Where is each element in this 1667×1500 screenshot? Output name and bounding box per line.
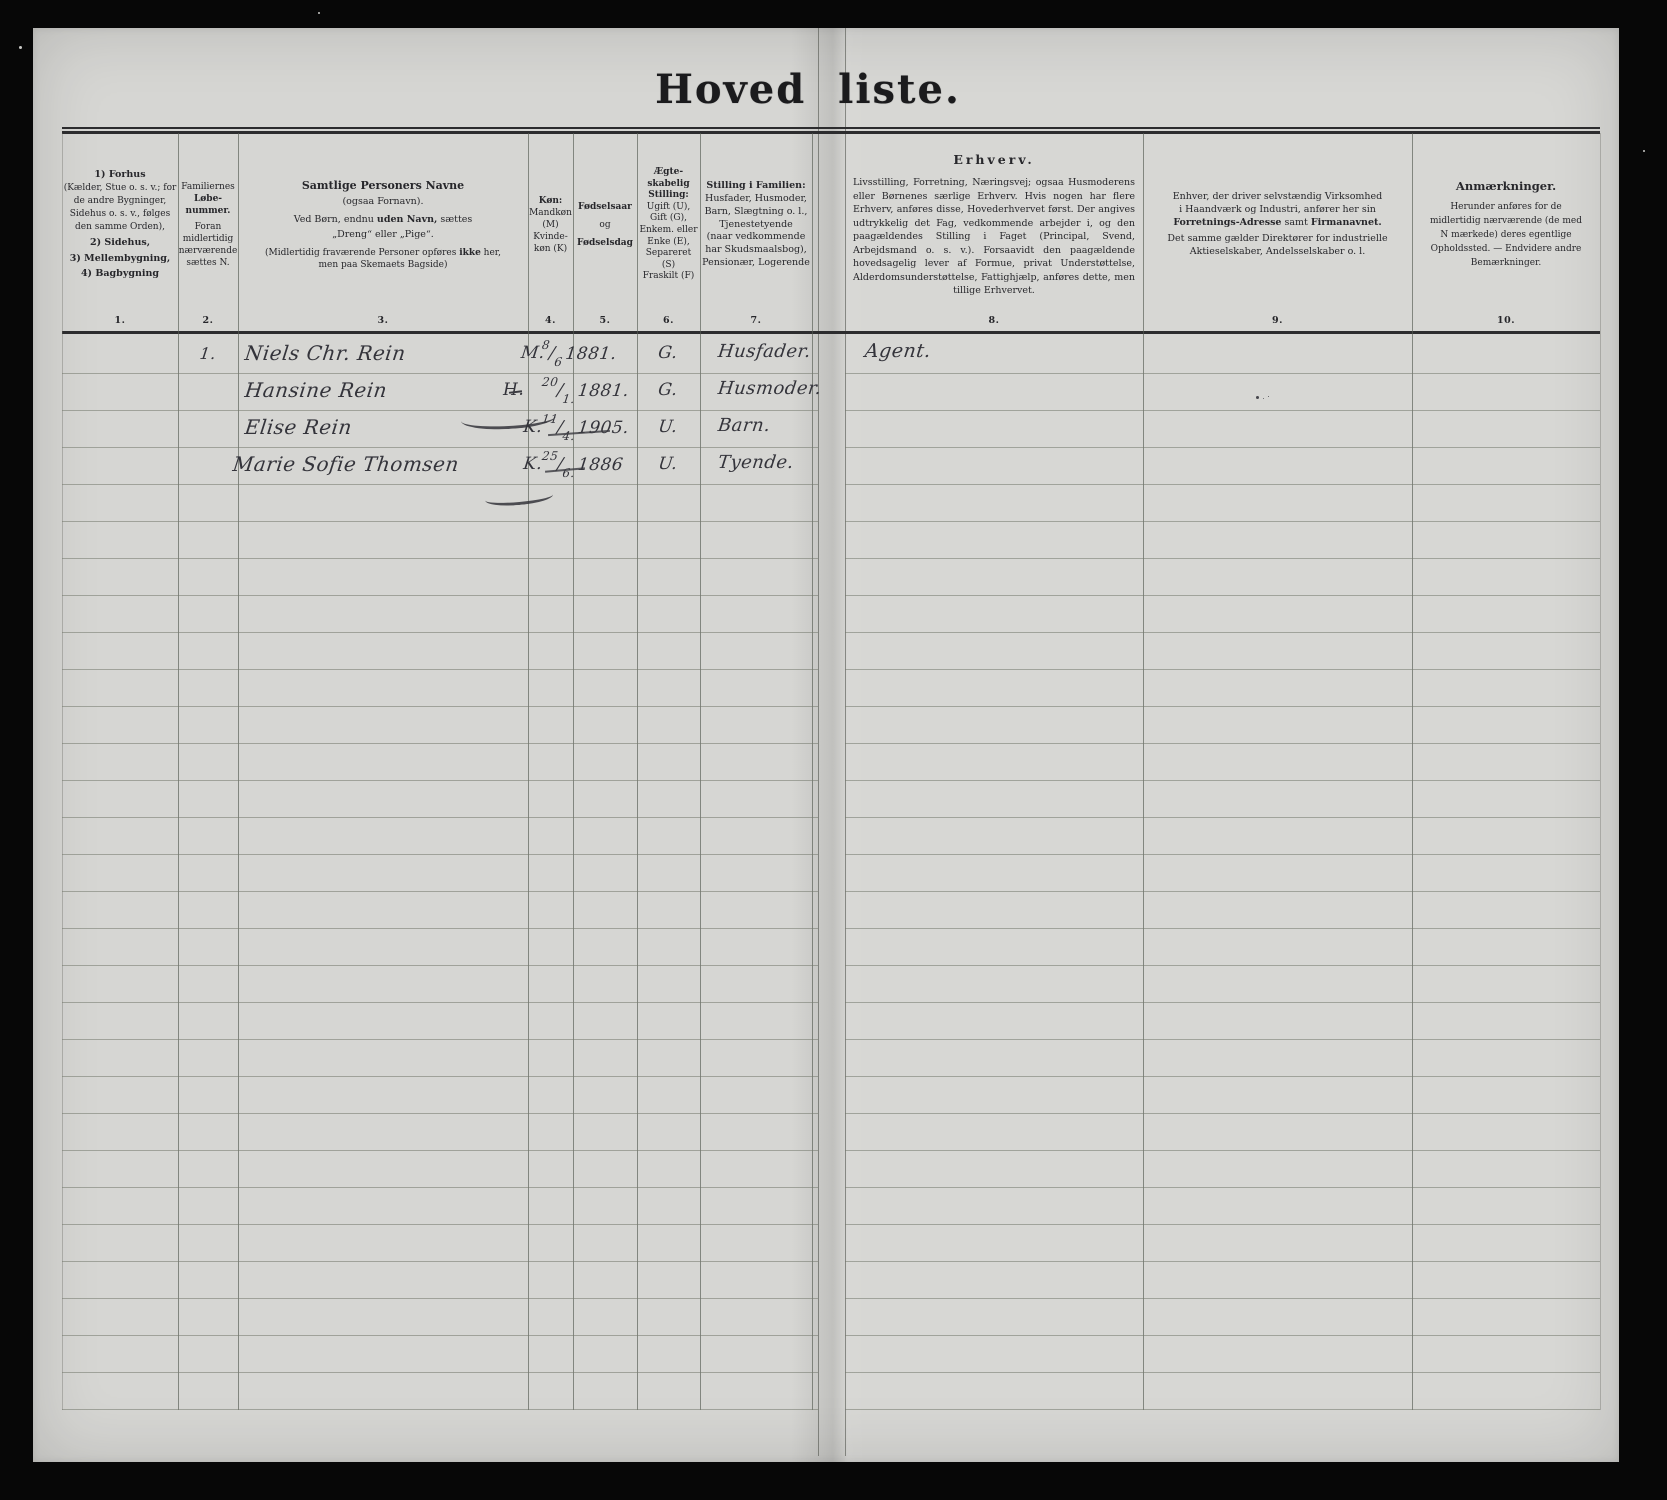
entry-family-position: Tyende.: [717, 452, 795, 473]
column-header-fodselsaar: Fødselsaar og Fødselsdag: [573, 140, 637, 310]
fold-crease-line: [818, 28, 819, 1456]
column-header-lobenummer: Familiernes Løbe- nummer. Foran midlerti…: [178, 140, 238, 310]
census-entry-row: Marie Sofie Thomsen K. 25/6.1886 U. Tyen…: [33, 448, 1619, 485]
entry-name: Marie Sofie Thomsen: [232, 452, 461, 476]
scanned-census-sheet: Hoved liste. 1) Forhus (Kælder, Stue o. …: [0, 0, 1667, 1500]
entry-marital-status: U.: [644, 417, 692, 437]
column-header-erhverv: Erhverv. Livsstilling, Forretning, Nærin…: [845, 140, 1143, 310]
entry-lobenummer: 1.: [177, 344, 239, 363]
entry-sex-struck-out: H.: [503, 380, 524, 400]
census-form-paper: Hoved liste. 1) Forhus (Kælder, Stue o. …: [33, 28, 1619, 1462]
ruled-row-lines-right-page: [845, 337, 1600, 1413]
ink-blot: [1256, 396, 1259, 399]
scan-dust-speck: [19, 46, 22, 49]
header-bottom-rule: [62, 331, 1600, 334]
entry-occupation: Agent.: [864, 340, 933, 362]
table-top-double-rule: [62, 131, 1600, 134]
column-number-10: 10.: [1412, 309, 1600, 331]
column-header-navne: Samtlige Personers Navne (ogsaa Fornavn)…: [238, 140, 528, 310]
scan-dust-speck: [1643, 150, 1645, 152]
table-right-border: [1600, 133, 1601, 1410]
entry-birthdate: 20/1.1881.: [539, 378, 630, 403]
column-number-5: 5.: [573, 309, 637, 331]
entry-name: Niels Chr. Rein: [244, 341, 408, 365]
column-header-forhus: 1) Forhus (Kælder, Stue o. s. v.; for de…: [62, 140, 178, 310]
census-entry-row: 1. Niels Chr. Rein M. 8/61881. G. Husfad…: [33, 337, 1619, 374]
ruled-row-lines-left-page: [62, 337, 818, 1413]
entry-family-position: Barn.: [717, 415, 772, 436]
column-number-4: 4.: [528, 309, 573, 331]
column-number-6: 6.: [637, 309, 700, 331]
entry-birthdate: 25/6.1886: [539, 452, 624, 477]
column-number-9: 9.: [1143, 309, 1412, 331]
column-header-aegteskabelig-stilling: Ægte- skabelig Stilling: Ugift (U), Gift…: [637, 140, 700, 310]
entry-marital-status: G.: [644, 343, 692, 363]
table-top-double-rule: [62, 127, 1600, 129]
entry-name: Elise Rein: [244, 415, 354, 439]
column-number-7: 7.: [700, 309, 812, 331]
column-number-2: 2.: [178, 309, 238, 331]
page-title: Hoved liste.: [608, 66, 1008, 113]
entry-marital-status: U.: [644, 454, 692, 474]
column-number-8: 8.: [845, 309, 1143, 331]
census-entry-row: Hansine Rein H. 20/1.1881. G. Husmoder.: [33, 374, 1619, 411]
entry-family-position: Husmoder.: [717, 378, 823, 399]
entry-birthdate: 11/4.1905.: [539, 415, 630, 440]
column-header-anmaerkninger: Anmærkninger. Herunder anføres for de mi…: [1412, 140, 1600, 310]
column-number-3: 3.: [238, 309, 528, 331]
entry-birthdate: 8/61881.: [539, 341, 618, 366]
column-header-kon: Køn: Mandkøn (M) Kvinde- køn (K): [528, 140, 573, 310]
entry-marital-status: G.: [644, 380, 692, 400]
entry-family-position: Husfader.: [717, 341, 813, 362]
column-header-forretnings-adresse: Enhver, der driver selvstændig Virksomhe…: [1143, 140, 1412, 310]
column-header-stilling-i-familien: Stilling i Familien: Husfader, Husmoder,…: [700, 140, 812, 310]
column-number-1: 1.: [62, 309, 178, 331]
entry-name: Hansine Rein: [244, 378, 389, 402]
scan-dust-speck: [318, 12, 320, 14]
census-entry-row: Elise Rein K. 11/4.1905. U. Barn.: [33, 411, 1619, 448]
